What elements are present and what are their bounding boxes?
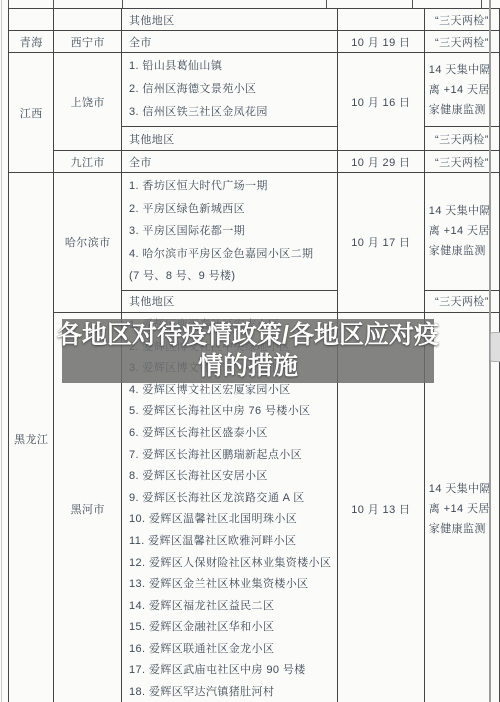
area-list-cell: 1. 铅山县葛仙山镇2. 信州区海德文景苑小区3. 信州区铁三社区金凤花园 xyxy=(122,53,338,127)
date-cell: 10 月 17 日 xyxy=(337,173,424,313)
area-cell: 全市 xyxy=(122,151,338,173)
area-cell: 全市 xyxy=(122,31,338,53)
area-item: 18. 爱辉区罕达汽镇猪肚河村 xyxy=(129,682,333,702)
area-item: 6. 爱辉区长海社区盛泰小区 xyxy=(129,423,333,445)
province-cell: 黑龙江 xyxy=(9,173,54,702)
table-row-harbin: 黑龙江 哈尔滨市 1. 香坊区恒大时代广场一期2. 平房区绿色新城西区3. 平房… xyxy=(9,173,500,291)
date-cell-empty xyxy=(337,9,424,31)
page-left-edge-line xyxy=(1,0,2,702)
area-item: 14. 爱辉区福龙社区益民二区 xyxy=(129,596,333,618)
area-item: 1. 铅山县葛仙山镇 xyxy=(129,55,333,78)
watermark-banner-line1: 各地区对待疫情政策/各地区应对疫 xyxy=(57,320,439,351)
city-cell: 西宁市 xyxy=(54,31,122,53)
area-item: 4. 哈尔滨市平房区金色嘉园小区二期 xyxy=(129,243,333,266)
province-cell: 江西 xyxy=(9,53,54,173)
area-item: 8. 爱辉区长海社区安居小区 xyxy=(129,466,333,488)
city-cell: 哈尔滨市 xyxy=(54,173,122,313)
table-edge-tick xyxy=(8,0,9,8)
risk-area-page: 其他地区 “三天两检” 青海 西宁市 全市 10 月 19 日 “三天两检” 江… xyxy=(0,0,500,702)
table-edge-tick xyxy=(326,0,327,8)
area-cell: 其他地区 xyxy=(122,127,338,151)
area-list-cell: 1. 香坊区恒大时代广场一期2. 平房区绿色新城西区3. 平房区国际花都一期4.… xyxy=(122,173,338,291)
date-cell: 10 月 16 日 xyxy=(337,53,424,151)
area-item: 2. 信州区海德文景苑小区 xyxy=(129,78,333,101)
city-cell-empty xyxy=(54,9,122,31)
city-cell: 九江市 xyxy=(54,151,122,173)
area-item: 3. 平房区国际花都一期 xyxy=(129,220,333,243)
area-item: 15. 爱辉区金融社区华和小区 xyxy=(129,617,333,639)
area-item: 1. 香坊区恒大时代广场一期 xyxy=(129,175,333,198)
date-cell: 10 月 29 日 xyxy=(337,151,424,173)
area-item: (7 号、8 号、9 号楼) xyxy=(129,265,333,288)
area-item: 3. 信州区铁三社区金凤花园 xyxy=(129,101,333,124)
side-float-button[interactable] xyxy=(490,332,500,362)
table-edge-tick xyxy=(412,0,413,8)
area-item: 7. 爱辉区长海社区鹏瑞新起点小区 xyxy=(129,445,333,467)
watermark-banner: 各地区对待疫情政策/各地区应对疫 情的措施 xyxy=(62,319,434,383)
table-row-other-top: 其他地区 “三天两检” xyxy=(9,9,500,31)
area-item: 10. 爱辉区温馨社区北国明珠小区 xyxy=(129,509,333,531)
date-cell: 10 月 19 日 xyxy=(337,31,424,53)
table-row-shangrao: 江西 上饶市 1. 铅山县葛仙山镇2. 信州区海德文景苑小区3. 信州区铁三社区… xyxy=(9,53,500,127)
province-cell-empty xyxy=(9,9,54,31)
area-cell: 其他地区 xyxy=(122,9,338,31)
area-cell: 其他地区 xyxy=(122,290,338,312)
watermark-banner-line2: 情的措施 xyxy=(198,351,298,382)
table-edge-tick xyxy=(122,0,123,8)
area-item: 17. 爱辉区武庙屯社区中房 90 号楼 xyxy=(129,660,333,682)
table-edge-tick xyxy=(481,0,482,8)
area-item: 11. 爱辉区温馨社区欧雅河畔小区 xyxy=(129,531,333,553)
table-row-qinghai: 青海 西宁市 全市 10 月 19 日 “三天两检” xyxy=(9,31,500,53)
area-item: 5. 爱辉区长海社区中房 76 号楼小区 xyxy=(129,401,333,423)
table-edge-tick xyxy=(53,0,54,8)
area-item: 13. 爱辉区金兰社区林业集资楼小区 xyxy=(129,574,333,596)
city-cell: 上饶市 xyxy=(54,53,122,151)
table-row-jiujiang: 九江市 全市 10 月 29 日 “三天两检” xyxy=(9,151,500,173)
area-item: 2. 平房区绿色新城西区 xyxy=(129,198,333,221)
area-item: 16. 爱辉区联通社区金龙小区 xyxy=(129,639,333,661)
area-item: 12. 爱辉区人保财险社区林业集资楼小区 xyxy=(129,553,333,575)
province-cell: 青海 xyxy=(9,31,54,53)
area-item: 9. 爱辉区长海社区龙滨路交通 A 区 xyxy=(129,488,333,510)
